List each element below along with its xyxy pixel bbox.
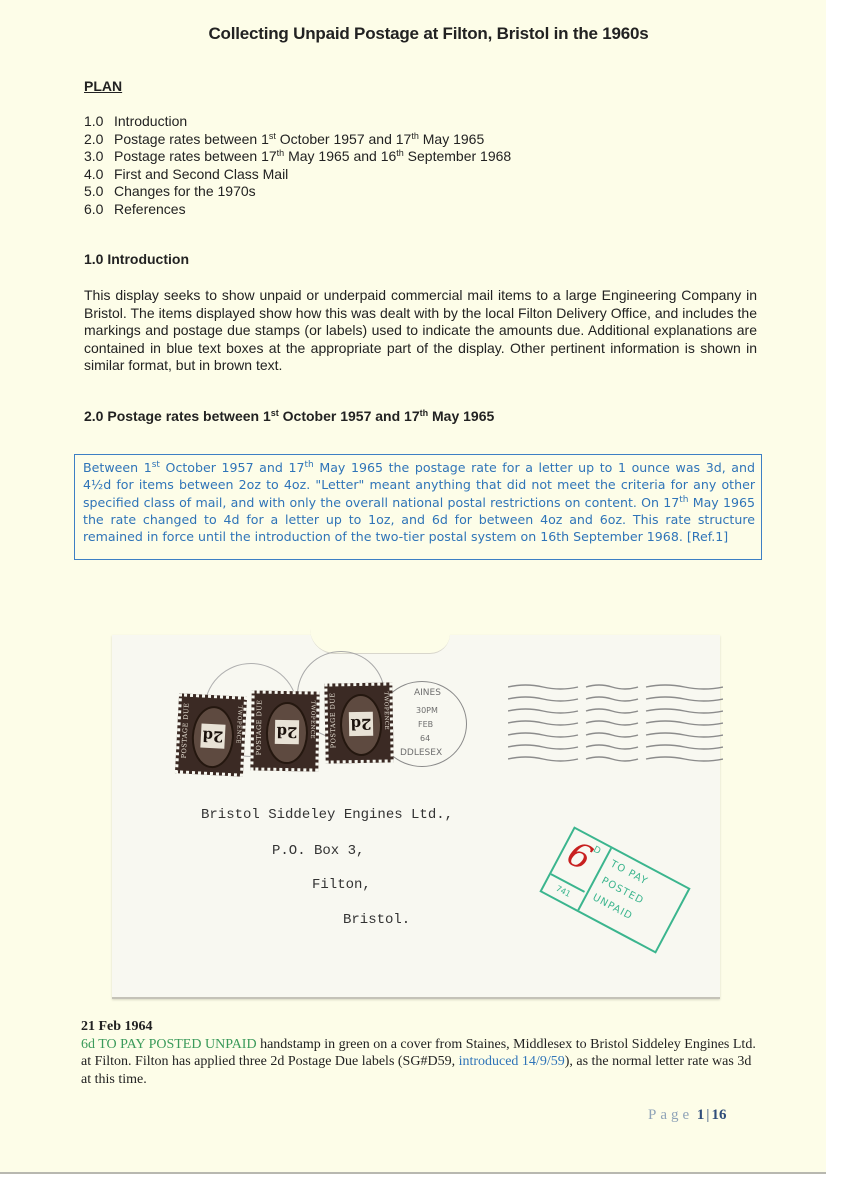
postage-due-stamps: POSTAGE DUE2dTWOPENCEPOSTAGE DUE2dTWOPEN…: [177, 673, 407, 783]
plan-item: 2.0Postage rates between 1st October 195…: [84, 131, 511, 149]
cover-caption: 6d TO PAY POSTED UNPAID handstamp in gre…: [81, 1036, 761, 1088]
machine-cancel-wavy-lines: [508, 679, 723, 779]
introduction-paragraph: This display seeks to show unpaid or und…: [84, 287, 757, 375]
document-page: Collecting Unpaid Postage at Filton, Bri…: [0, 0, 826, 1172]
to-pay-handstamp: 6 D 741 TO PAY POSTED UNPAID: [539, 826, 690, 953]
plan-item: 4.0First and Second Class Mail: [84, 166, 511, 184]
plan-item: 1.0Introduction: [84, 113, 511, 131]
caption-date: 21 Feb 1964: [81, 1019, 153, 1035]
section-1-heading: 1.0 Introduction: [84, 251, 189, 267]
address-line-2: P.O. Box 3,: [272, 843, 364, 859]
plan-item: 6.0References: [84, 201, 511, 219]
postage-rate-info-box: Between 1st October 1957 and 17th May 19…: [74, 454, 762, 560]
plan-item: 3.0Postage rates between 17th May 1965 a…: [84, 148, 511, 166]
introduced-date-note: introduced 14/9/59: [459, 1054, 565, 1069]
plan-item: 5.0Changes for the 1970s: [84, 183, 511, 201]
cover-envelope-image: AINES 30PM FEB 64 DDLESEX POSTAGE DUE2dT…: [112, 635, 720, 999]
section-2-heading: 2.0 Postage rates between 1st October 19…: [84, 408, 494, 424]
plan-list: 1.0Introduction2.0Postage rates between …: [84, 113, 511, 218]
page-title: Collecting Unpaid Postage at Filton, Bri…: [0, 24, 857, 44]
address-line-1: Bristol Siddeley Engines Ltd.,: [201, 807, 453, 823]
address-line-4: Bristol.: [343, 912, 410, 928]
page-edge: [0, 1172, 826, 1174]
page-number: Page 1|16: [648, 1107, 726, 1124]
envelope-tear: [310, 629, 450, 654]
plan-heading: PLAN: [84, 78, 122, 94]
address-line-3: Filton,: [312, 877, 371, 893]
handwritten-amount: 6: [561, 834, 599, 879]
postage-due-stamp: POSTAGE DUE2dTWOPENCE: [175, 693, 247, 776]
postage-due-stamp: POSTAGE DUE2dTWOPENCE: [250, 690, 319, 771]
postage-due-stamp: POSTAGE DUE2dTWOPENCE: [324, 682, 393, 763]
handstamp-description: 6d TO PAY POSTED UNPAID: [81, 1037, 257, 1052]
